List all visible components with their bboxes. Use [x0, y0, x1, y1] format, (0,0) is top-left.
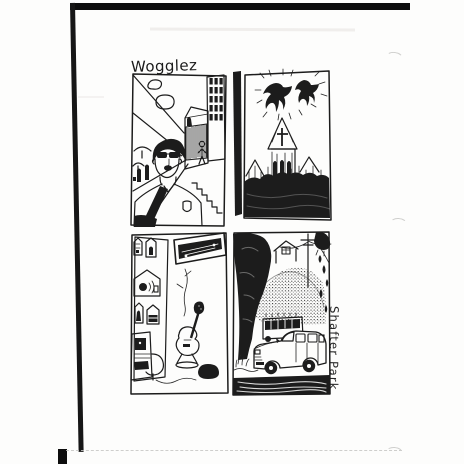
page-curl-mark	[390, 217, 408, 229]
sunglasses	[157, 152, 167, 158]
amp-blob	[198, 364, 219, 379]
winged-shapes	[255, 69, 327, 120]
floor-cable	[156, 378, 196, 383]
church	[268, 118, 297, 178]
dark-road	[233, 375, 330, 395]
electric-guitar	[176, 302, 204, 369]
cross-icon	[277, 128, 288, 146]
scan-edge-top-bar	[70, 3, 410, 10]
panel-church	[231, 66, 334, 226]
page-curl-mark	[385, 446, 403, 459]
large-tilted-frame	[174, 233, 226, 264]
figure-at-gate	[187, 117, 192, 126]
wall-crack	[177, 269, 191, 316]
panel-room	[128, 230, 231, 397]
tall-building	[207, 75, 225, 161]
panel-city-street	[129, 71, 229, 228]
scan-streak	[78, 96, 104, 98]
scan-fold-dashed-line	[66, 450, 402, 451]
scanned-comic-cover: Wogglez Shafter Park	[0, 0, 464, 464]
page-curl-mark	[385, 51, 403, 64]
street-diagonal	[133, 75, 184, 133]
cloud-icon	[148, 80, 162, 89]
ink-gutter-band	[233, 71, 242, 216]
house	[274, 241, 298, 263]
scan-edge-left-bar	[70, 3, 84, 452]
shield-badge	[183, 201, 191, 212]
open-mouth	[164, 165, 172, 171]
panel-park-van	[230, 229, 334, 399]
gate-building	[185, 107, 208, 169]
framed-pictures	[134, 238, 160, 324]
cloud-icon	[156, 95, 174, 109]
van	[254, 331, 326, 374]
scan-edge-bottom-stub	[58, 449, 67, 464]
hanging-leaf-cluster	[314, 232, 330, 250]
umbrella-figures	[133, 147, 151, 182]
hill-triangle	[300, 157, 319, 172]
scan-streak	[150, 27, 355, 31]
